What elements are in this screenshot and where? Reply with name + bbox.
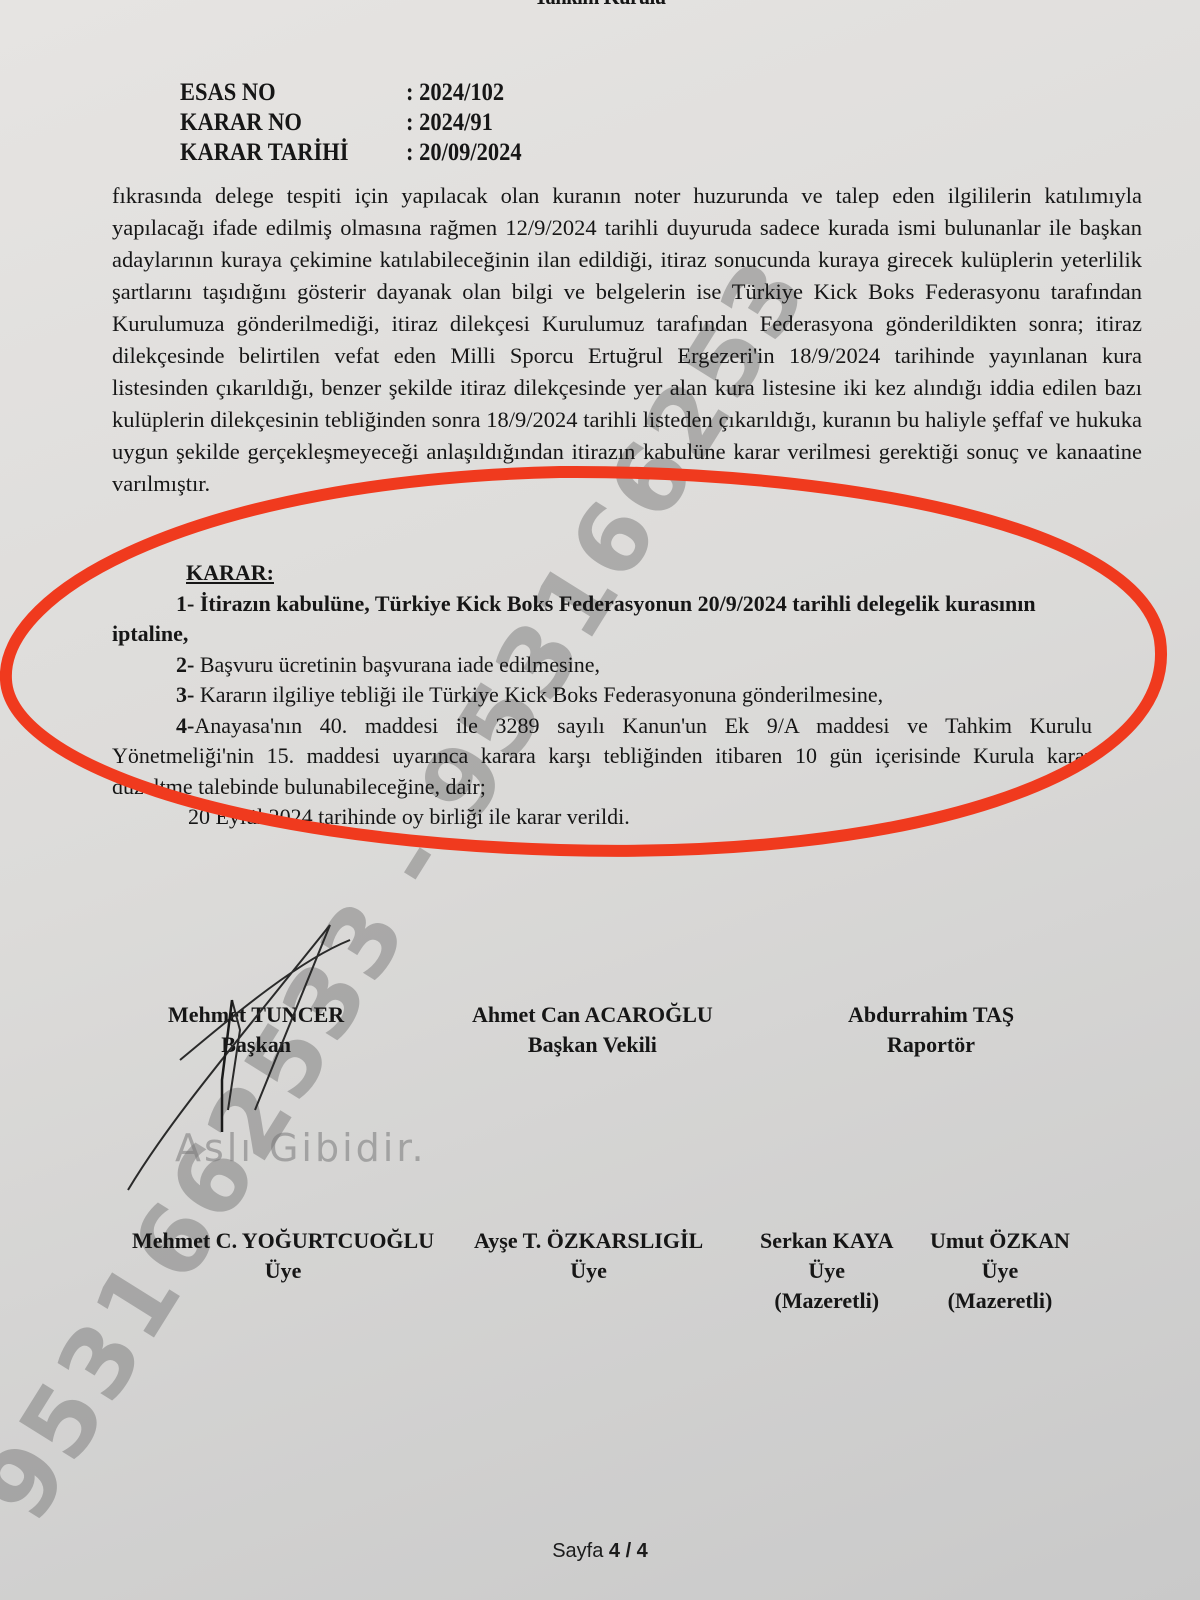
signatory-rapporteur: Abdurrahim TAŞ Raportör: [848, 1000, 1014, 1060]
item-number: 3-: [176, 682, 194, 707]
meta-row-karar: KARAR NO : 2024/91: [180, 108, 534, 138]
signatory-note: (Mazeretli): [760, 1286, 893, 1316]
signatory-name: Umut ÖZKAN: [930, 1226, 1070, 1256]
meta-label: ESAS NO: [180, 78, 383, 108]
meta-value: : 2024/91: [406, 108, 493, 138]
meta-label: KARAR TARİHİ: [180, 138, 383, 168]
signatory-role: Başkan Vekili: [472, 1030, 713, 1060]
decision-item-1: 1- İtirazın kabulüne, Türkiye Kick Boks …: [112, 589, 1092, 650]
meta-row-esas: ESAS NO : 2024/102: [180, 78, 534, 108]
reasoning-paragraph: fıkrasında delege tespiti için yapılacak…: [112, 180, 1142, 500]
page-number-prefix: Sayfa: [552, 1540, 609, 1562]
page-number-value: 4 / 4: [609, 1540, 648, 1562]
decision-closing: 20 Eylül 2024 tarihinde oy birliği ile k…: [112, 802, 1092, 833]
signatory-name: Ahmet Can ACAROĞLU: [472, 1000, 713, 1030]
meta-label: KARAR NO: [180, 108, 383, 138]
signatory-name: Abdurrahim TAŞ: [848, 1000, 1014, 1030]
item-number: 4-: [176, 713, 194, 738]
case-meta: ESAS NO : 2024/102 KARAR NO : 2024/91 KA…: [180, 78, 534, 168]
signatory-role: Üye: [474, 1256, 703, 1286]
signatory-role: Raportör: [848, 1030, 1014, 1060]
certified-copy-stamp: Aslı Gibidir.: [175, 1126, 427, 1170]
meta-value: : 2024/102: [406, 78, 504, 108]
signatory-name: Mehmet C. YOĞURTCUOĞLU: [132, 1226, 434, 1256]
item-text: İtirazın kabulüne, Türkiye Kick Boks Fed…: [112, 591, 1036, 647]
decision-heading: KARAR:: [186, 558, 1092, 589]
signatory-name: Mehmet TUNCER: [168, 1000, 344, 1030]
item-number: 2-: [176, 652, 194, 677]
paragraph-text: fıkrasında delege tespiti için yapılacak…: [112, 180, 1142, 500]
meta-value: : 20/09/2024: [406, 138, 522, 168]
signatory-name: Serkan KAYA: [760, 1226, 893, 1256]
item-text: Başvuru ücretinin başvurana iade edilmes…: [194, 652, 600, 677]
decision-item-2: 2- Başvuru ücretinin başvurana iade edil…: [112, 650, 1092, 681]
decision-section: KARAR: 1- İtirazın kabulüne, Türkiye Kic…: [112, 558, 1092, 833]
document-page: Tahkim Kurulu 9531662533 - 953166253 ESA…: [0, 0, 1200, 1600]
signatory-president: Mehmet TUNCER Başkan: [168, 1000, 344, 1060]
institution-header: Tahkim Kurulu: [90, 0, 1110, 11]
signatory-note: (Mazeretli): [930, 1286, 1070, 1316]
signatory-role: Başkan: [168, 1030, 344, 1060]
signatory-member-4: Umut ÖZKAN Üye (Mazeretli): [930, 1226, 1070, 1316]
meta-row-tarih: KARAR TARİHİ : 20/09/2024: [180, 138, 534, 168]
decision-item-4: 4-Anayasa'nın 40. maddesi ile 3289 sayıl…: [112, 711, 1092, 803]
signatory-role: Üye: [930, 1256, 1070, 1286]
item-text: Kararın ilgiliye tebliği ile Türkiye Kic…: [194, 682, 883, 707]
item-number: 1-: [176, 591, 194, 616]
signatory-role: Üye: [132, 1256, 434, 1286]
decision-item-3: 3- Kararın ilgiliye tebliği ile Türkiye …: [112, 680, 1092, 711]
page-number: Sayfa 4 / 4: [0, 1540, 1200, 1563]
signatory-member-3: Serkan KAYA Üye (Mazeretli): [760, 1226, 893, 1316]
signatory-member-2: Ayşe T. ÖZKARSLIGİL Üye: [474, 1226, 703, 1286]
signatory-vice-president: Ahmet Can ACAROĞLU Başkan Vekili: [472, 1000, 713, 1060]
item-text: Anayasa'nın 40. maddesi ile 3289 sayılı …: [112, 713, 1092, 799]
signatory-name: Ayşe T. ÖZKARSLIGİL: [474, 1226, 703, 1256]
signatory-member-1: Mehmet C. YOĞURTCUOĞLU Üye: [132, 1226, 434, 1286]
signatory-role: Üye: [760, 1256, 893, 1286]
